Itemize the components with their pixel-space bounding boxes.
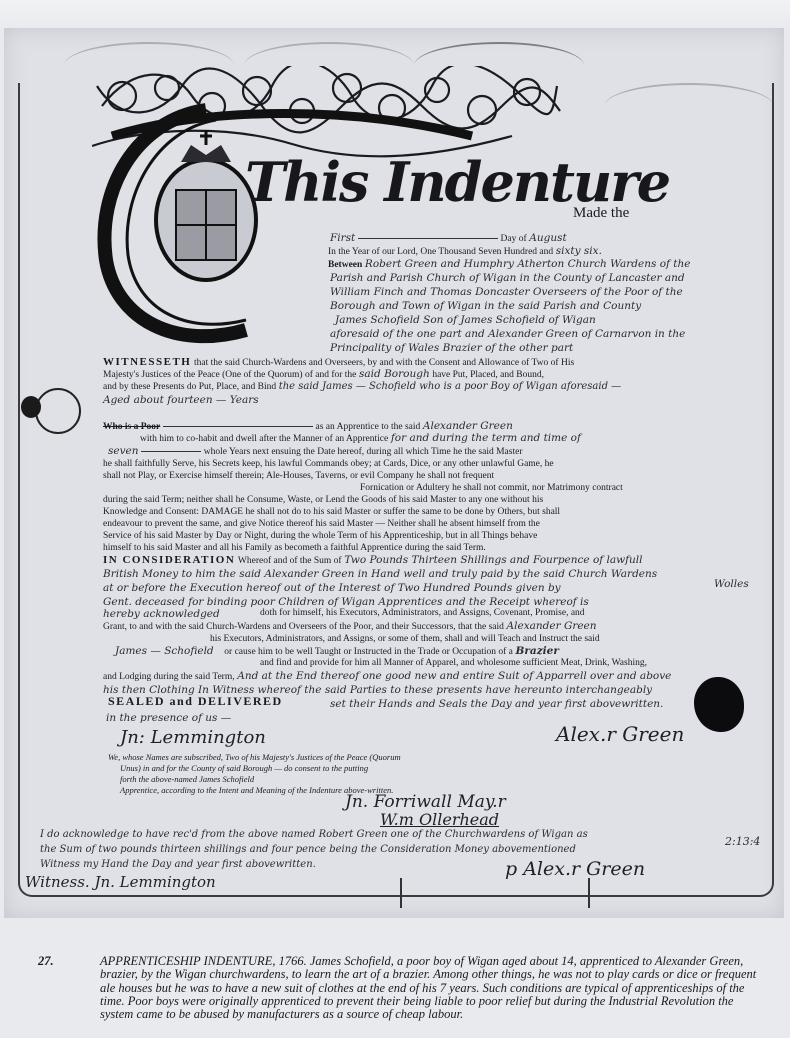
receipt-witness-signature: Witness. Jn. Lemmington [25,873,216,891]
tax-stamp-icon [35,388,81,434]
parties-line-5: James Schofield Son of James Schofield o… [335,314,596,327]
apprentice-line-3: seven whole Years next ensuing the Date … [108,445,522,459]
day-label: Day of [501,234,527,244]
fold-mark [400,878,402,908]
page-background [0,0,790,30]
between-label: Between [328,260,362,270]
executors-line: his Executors, Administrators, and Assig… [210,632,600,646]
fold-mark [588,878,590,908]
receipt-line-2: the Sum of two pounds thirteen shillings… [40,843,576,856]
day-value: First [330,232,355,244]
year-line: In the Year of our Lord, One Thousand Se… [328,245,602,259]
sealed-delivered-label: SEALED and DELIVERED [108,695,283,708]
month-value: August [529,232,566,244]
made-the-label: Made the [573,205,629,222]
provision-line: and find and provide for him all Manner … [260,657,647,670]
witnesseth-label: WITNESSETH [103,356,191,368]
consideration-label: IN CONSIDERATION [103,554,235,566]
caption-number: 27. [38,955,54,968]
wax-seal-icon [694,677,744,732]
mayor-signature: Jn. Forriwall May.r [345,792,506,812]
consideration-line-2: British Money to him the said Alexander … [103,568,657,581]
donor-name: Wolles [714,578,749,591]
witness-clause-2: set their Hands and Seals the Day and ye… [330,698,663,711]
apprentice-line-2: with him to co-habit and dwell after the… [140,432,581,446]
receipt-line-1: I do acknowledge to have rec'd from the … [40,828,588,841]
parties-line-4: Borough and Town of Wigan in the said Pa… [330,300,641,313]
covenant-doth-line: doth for himself, his Executors, Adminis… [260,606,585,620]
parties-line-6: aforesaid of the one part and Alexander … [330,328,685,341]
parties-line-2: Parish and Parish Church of Wigan in the… [330,272,685,285]
year-prefix: In the Year of our Lord, One Thousand Se… [328,247,553,257]
master-signature: Alex.r Green [556,722,684,746]
receipt-line-3: Witness my Hand the Day and year first a… [40,858,316,871]
caption-text: APPRENTICESHIP INDENTURE, 1766. James Sc… [100,955,760,1021]
consideration-line-3: at or before the Execution hereof out of… [103,582,561,595]
consideration-line-1: IN CONSIDERATION Whereof and of the Sum … [103,554,642,568]
apprentice-age: Aged about fourteen — Years [103,394,259,407]
date-line: First Day of August [330,232,567,246]
witness-signature: Jn: Lemmington [120,727,266,748]
justice-signature: W.m Ollerhead [380,810,499,829]
parties-line-1: Between Robert Green and Humphry Atherto… [328,258,690,272]
witnesseth-line-3: and by these Presents do Put, Place, and… [103,380,621,394]
receipt-amount: 2:13:4 [725,835,760,848]
lodging-line: and Lodging during the said Term, And at… [103,670,671,684]
decorated-initial-t [96,100,296,350]
parties-line-3: William Finch and Thomas Doncaster Overs… [330,286,683,299]
receipt-signature: p Alex.r Green [505,858,645,880]
parties-line-7: Principality of Wales Brazier of the oth… [330,342,573,355]
royal-coat-of-arms-icon [156,130,256,280]
year-value: sixty six. [556,245,602,257]
presence-text: in the presence of us — [106,712,231,725]
